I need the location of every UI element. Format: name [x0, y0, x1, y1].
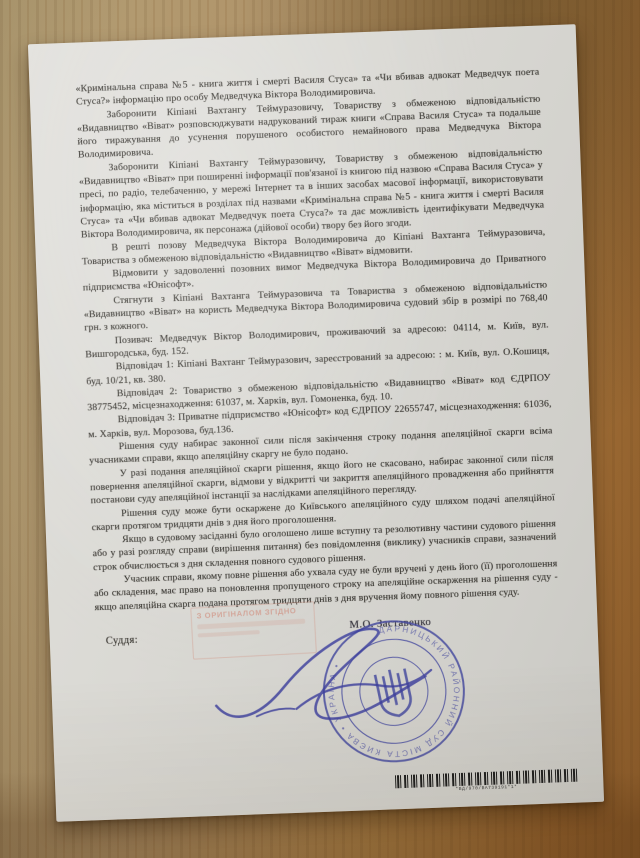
signature-and-stamps: З ОРИГІНАЛОМ ЗГІДНО Суддя: М.О. Заставен…: [28, 24, 604, 822]
barcode-block: *ВД/970/ВА739191*1*: [395, 769, 578, 794]
judge-label: Суддя:: [106, 635, 139, 647]
document-page: «Кримінальна справа №5 - книга життя і с…: [28, 24, 604, 822]
certified-copy-stamp-title: З ОРИГІНАЛОМ ЗГІДНО: [196, 605, 308, 620]
photo-scene: «Кримінальна справа №5 - книга життя і с…: [0, 0, 640, 858]
judge-signature-icon: [201, 617, 453, 738]
